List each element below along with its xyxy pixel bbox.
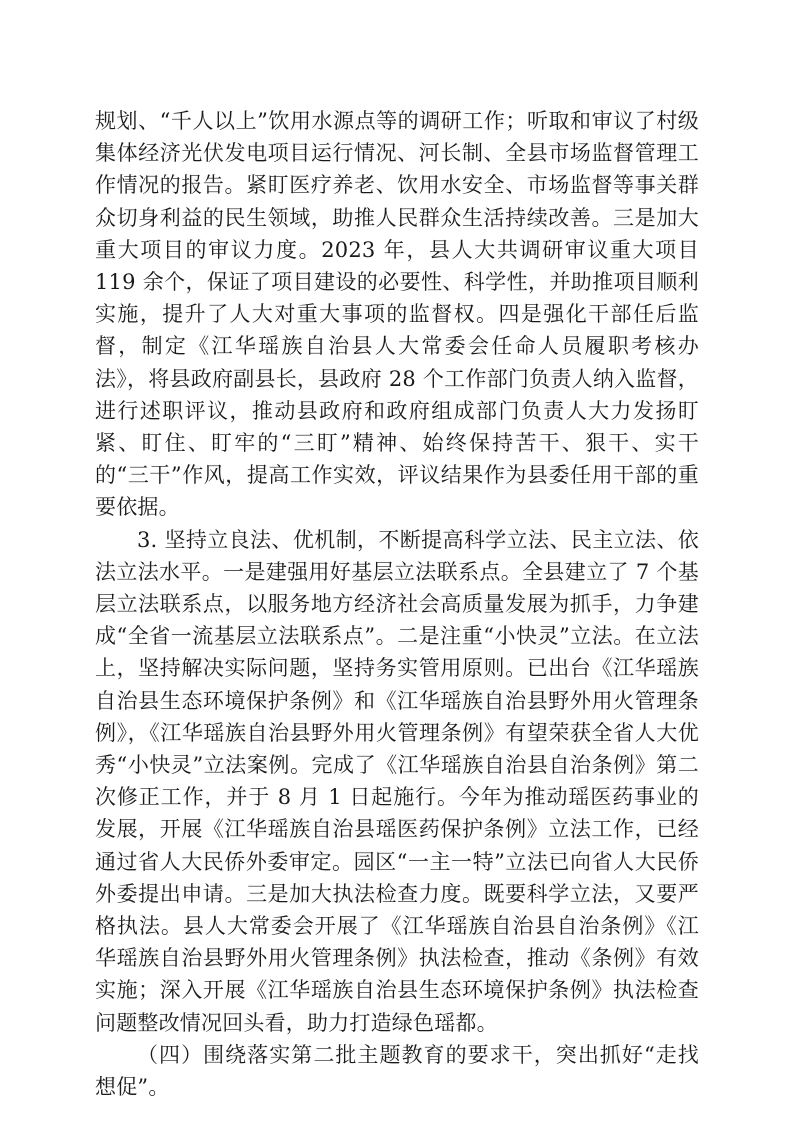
- document-page: 规划、“千人以上”饮用水源点等的调研工作；听取和审议了村级集体经济光伏发电项目运…: [95, 105, 699, 1103]
- paragraph-supervision-continued: 规划、“千人以上”饮用水源点等的调研工作；听取和审议了村级集体经济光伏发电项目运…: [95, 105, 699, 524]
- section-heading-four: （四）围绕落实第二批主题教育的要求干，突出抓好“走找想促”。: [95, 1039, 699, 1103]
- paragraph-legislation: 3. 坚持立良法、优机制，不断提高科学立法、民主立法、依法立法水平。一是建强用好…: [95, 524, 699, 1039]
